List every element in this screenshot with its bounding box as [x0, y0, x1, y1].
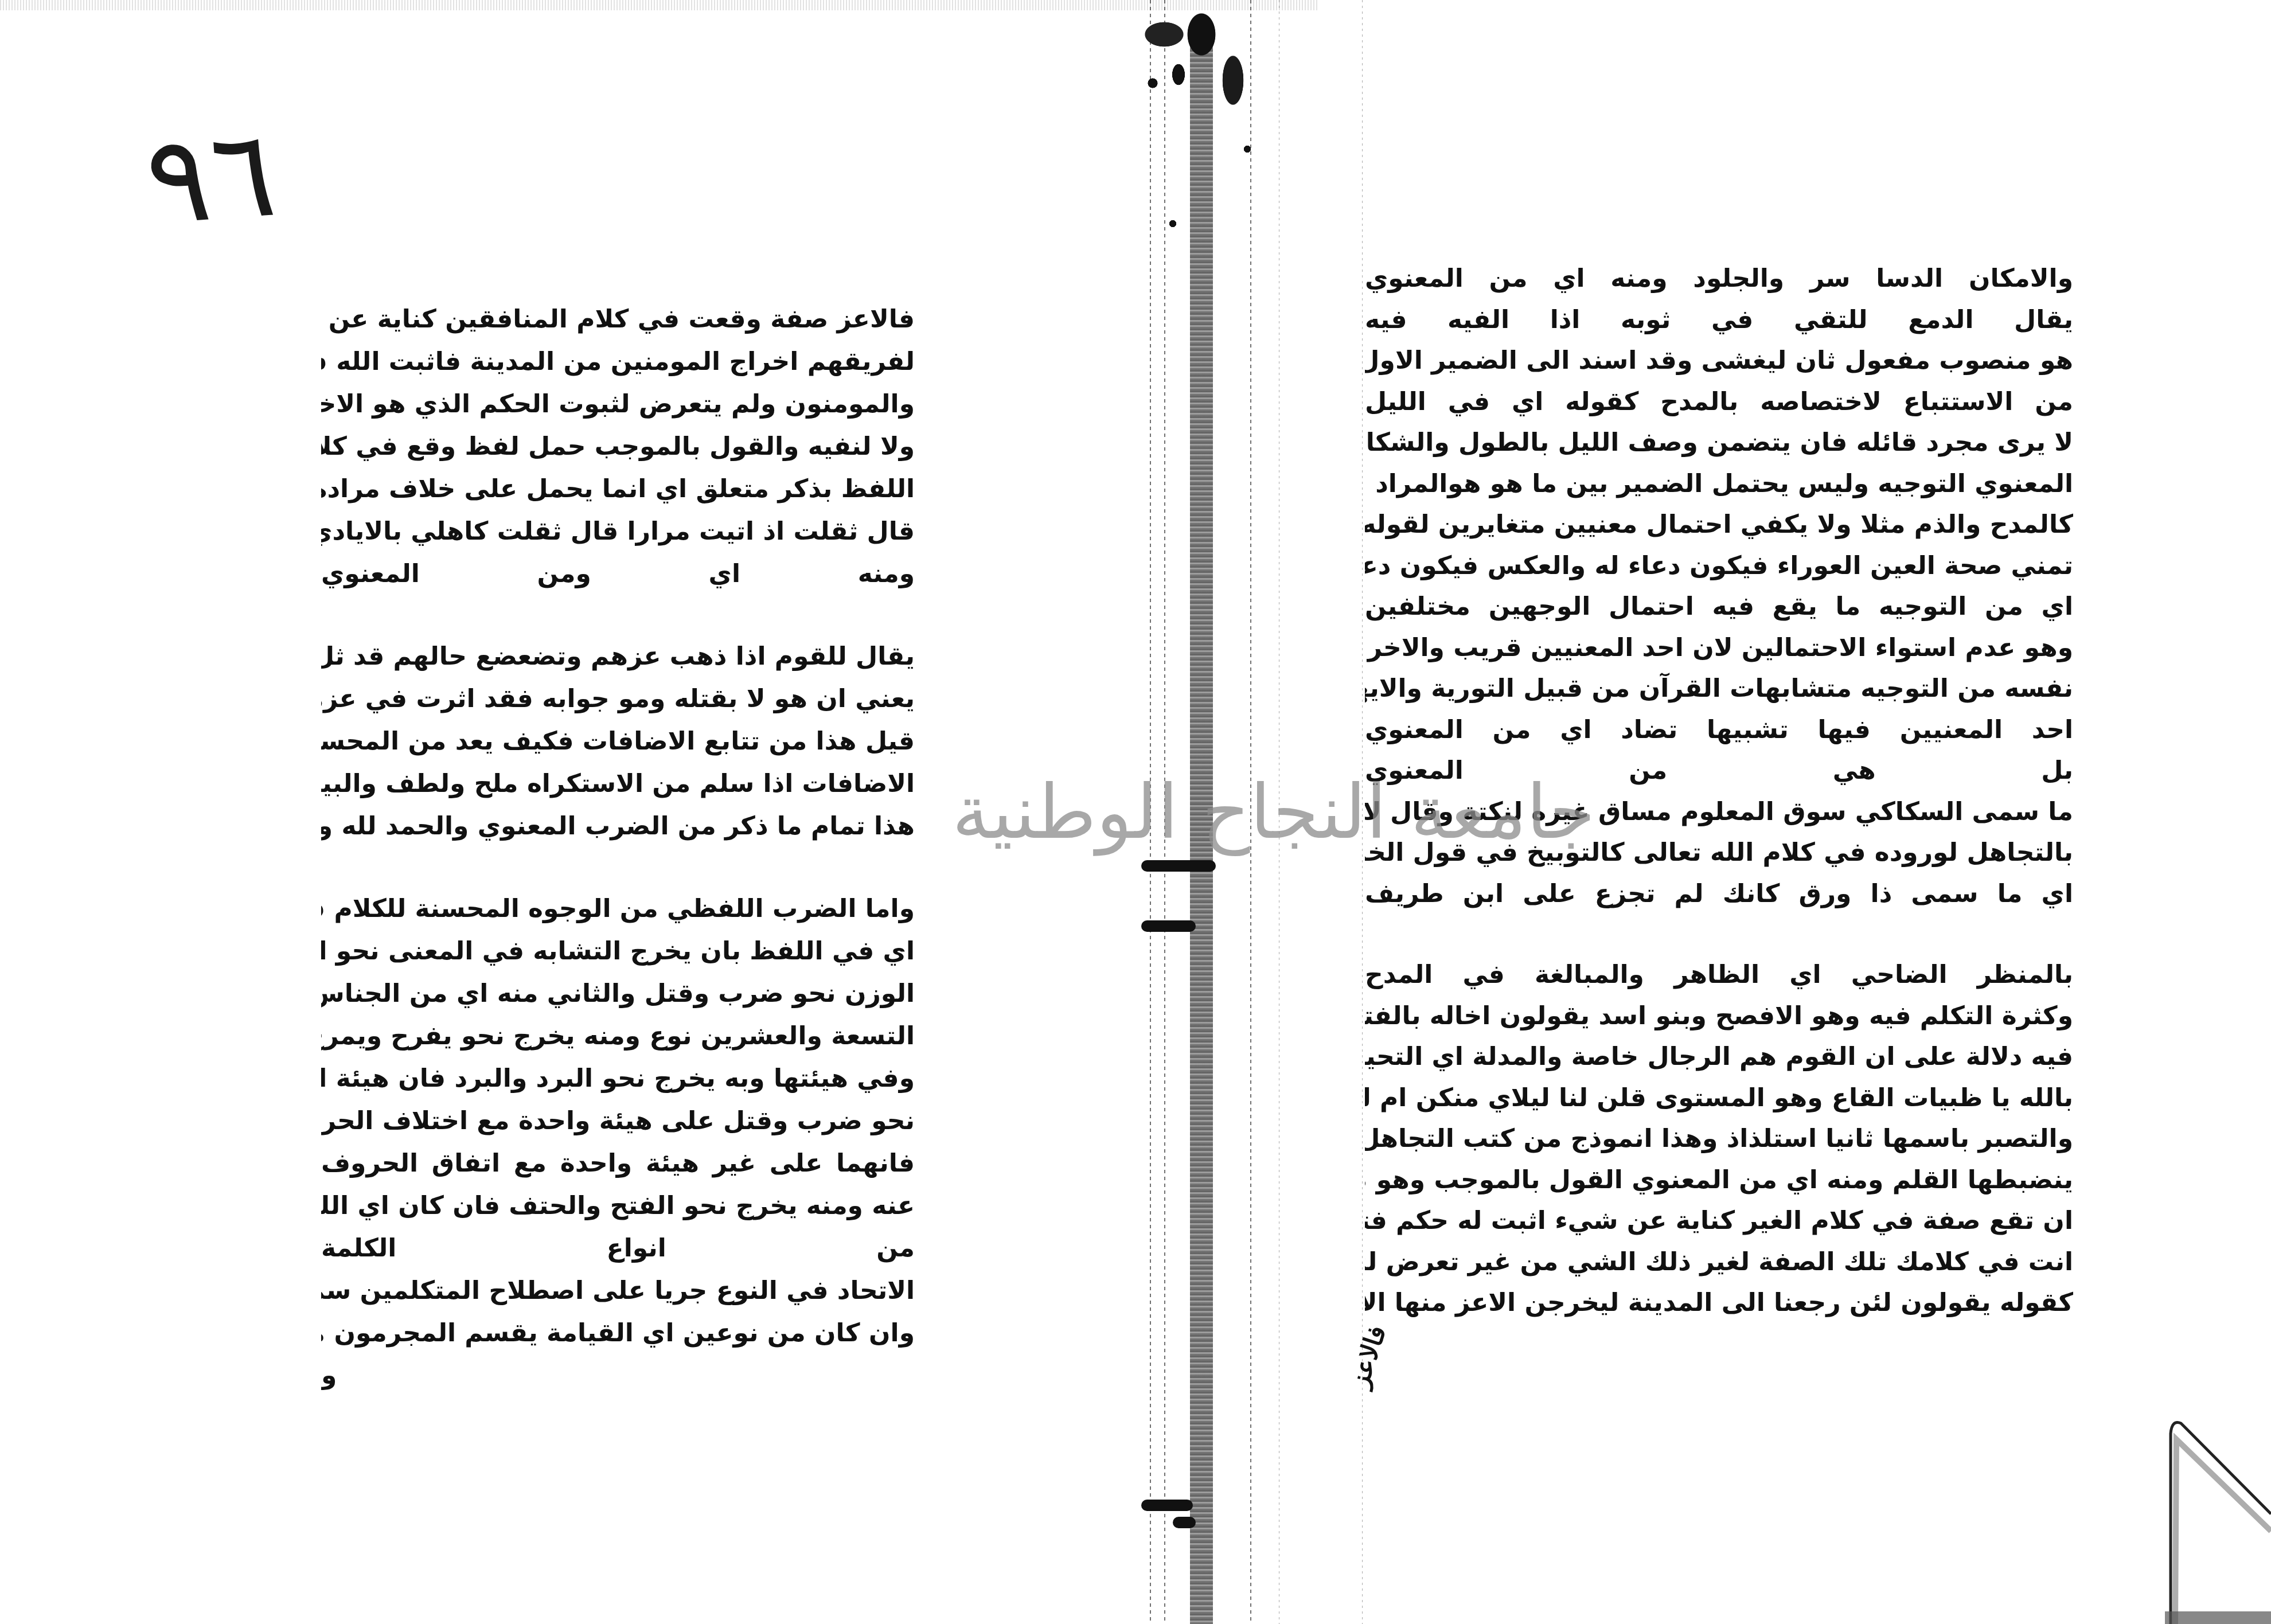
scan-edge-noise	[0, 0, 1319, 10]
text-line: نفسه من التوجيه متشابهات القرآن من قبيل …	[1365, 668, 2073, 709]
text-line: والامكان الدسا سر والجلود ومنه اي من الم…	[1365, 258, 2073, 299]
text-line: ان تقع صفة في كلام الغير كناية عن شيء اث…	[1365, 1200, 2073, 1242]
text-line: اي في اللفظ بان يخرج التشابه في المعنى ن…	[321, 930, 915, 973]
text-line: عنه ومنه يخرج نحو الفتح والحتف فان كان ا…	[321, 1185, 915, 1227]
text-line: قال ثقلت اذ اتيت مرارا قال ثقلت كاهلي با…	[321, 510, 915, 553]
text-line: انت في كلامك تلك الصفة لغير ذلك الشي من …	[1365, 1242, 2073, 1283]
text-line: هو منصوب مفعول ثان ليغشى وقد اسند الى ال…	[1365, 340, 2073, 381]
text-line: بالله يا ظبيات القاع وهو المستوى قلن لنا…	[1365, 1078, 2073, 1119]
text-line: المعنوي التوجيه وليس يحتمل الضمير بين ما…	[1365, 463, 2073, 505]
text-line: تمني صحة العين العوراء فيكون دعاء له وال…	[1365, 545, 2073, 587]
text-line: اي من التوجيه ما يقع فيه احتمال الوجهين …	[1365, 586, 2073, 627]
catchword: فالاعز	[1345, 1322, 1392, 1391]
text-line: يعني ان هو لا بقتله ومو جوابه فقد اثرت ف…	[321, 678, 915, 720]
text-line: احد المعنيين فيها تشبيها تضاد اي من المع…	[1365, 709, 2073, 751]
text-line: و	[321, 1354, 915, 1397]
ink-blot	[1138, 0, 1265, 241]
text-line: بالمنظر الضاحي اي الظاهر والمبالغة في ال…	[1365, 954, 2073, 996]
text-line: وفي هيئتها وبه يخرج نحو البرد والبرد فان…	[321, 1057, 915, 1100]
folio-number: ٩٦	[142, 113, 280, 242]
corner-fold-icon	[2165, 1416, 2271, 1624]
left-page: فالاعز صفة وقعت في كلام المنافقين كناية …	[321, 298, 915, 1397]
text-line: ومنه اي ومن المعنوي	[321, 553, 915, 595]
text-line: اللفظ بذكر متعلق اي انما يحمل على خلاف م…	[321, 468, 915, 510]
line-gap	[321, 848, 915, 888]
line-gap	[1365, 914, 2073, 954]
text-line: والمومنون ولم يتعرض لثبوت الحكم الذي هو …	[321, 383, 915, 425]
line-gap	[321, 595, 915, 635]
text-line: ينضبطها القلم ومنه اي من المعنوي القول ب…	[1365, 1160, 2073, 1201]
text-line: كقوله يقولون لئن رجعنا الى المدينة ليخرج…	[1365, 1282, 2073, 1324]
text-line: هذا تمام ما ذكر من الضرب المعنوي والحمد …	[321, 805, 915, 848]
text-line: اي ما سمى ذا ورق كانك لم تجزع على ابن طر…	[1365, 873, 2073, 915]
gutter-thread-mark	[1141, 920, 1196, 932]
text-line: قيل هذا من تتابع الاضافات فكيف يعد من ال…	[321, 720, 915, 763]
text-line: فانهما على غير هيئة واحدة مع اتفاق الحرو…	[321, 1142, 915, 1185]
text-line: واما الضرب اللفظي من الوجوه المحسنة للكل…	[321, 888, 915, 930]
manuscript-spread: ٩٦ فالاعز صفة وقعت في كلام المنافقين كنا…	[0, 0, 2271, 1624]
gutter-thread-mark	[1173, 1517, 1196, 1528]
text-line: وان كان من نوعين اي القيامة يقسم المجرمو…	[321, 1312, 915, 1354]
text-line: التسعة والعشرين نوع ومنه يخرج نحو يفرح و…	[321, 1015, 915, 1057]
watermark: جامعة النجاح الوطنية	[952, 768, 1595, 856]
gutter-thread-mark	[1141, 860, 1216, 872]
text-line: لفريقهم اخراج المومنين من المدينة فاثبت …	[321, 341, 915, 383]
text-line: والتصبر باسمها ثانيا استلذاذ وهذا انموذج…	[1365, 1118, 2073, 1160]
text-line: نحو ضرب وقتل على هيئة واحدة مع اختلاف ال…	[321, 1100, 915, 1142]
text-line: من الاستتباع لاختصاصه بالمدح كقوله اي في…	[1365, 381, 2073, 423]
text-line: كالمدح والذم مثلا ولا يكفي احتمال معنيين…	[1365, 504, 2073, 545]
page-corner-fold	[2165, 1416, 2271, 1624]
gutter-thread-mark	[1141, 1500, 1193, 1511]
text-line: يقال الدمع للتقي في ثوبه اذا الفيه فيه	[1365, 299, 2073, 341]
text-line: فيه دلالة على ان القوم هم الرجال خاصة وا…	[1365, 1036, 2073, 1078]
text-line: الاتحاد في النوع جريا على اصطلاح المتكلم…	[321, 1270, 915, 1312]
text-line: لا يرى مجرد قائله فان يتضمن وصف الليل با…	[1365, 422, 2073, 463]
text-line: ولا لنفيه والقول بالموجب حمل لفظ وقع في …	[321, 425, 915, 468]
text-line: وهو عدم استواء الاحتمالين لان احد المعني…	[1365, 627, 2073, 669]
text-line: الوزن نحو ضرب وقتل والثاني منه اي من الج…	[321, 973, 915, 1015]
text-line: الاضافات اذا سلم من الاستكراه ملح ولطف و…	[321, 763, 915, 805]
text-line: وكثرة التكلم فيه وهو الافصح وبنو اسد يقو…	[1365, 996, 2073, 1037]
text-line: يقال للقوم اذا ذهب عزهم وتضعضع حالهم قد …	[321, 635, 915, 678]
text-line: من انواع الكلمة	[321, 1227, 915, 1270]
text-line: فالاعز صفة وقعت في كلام المنافقين كناية …	[321, 298, 915, 341]
